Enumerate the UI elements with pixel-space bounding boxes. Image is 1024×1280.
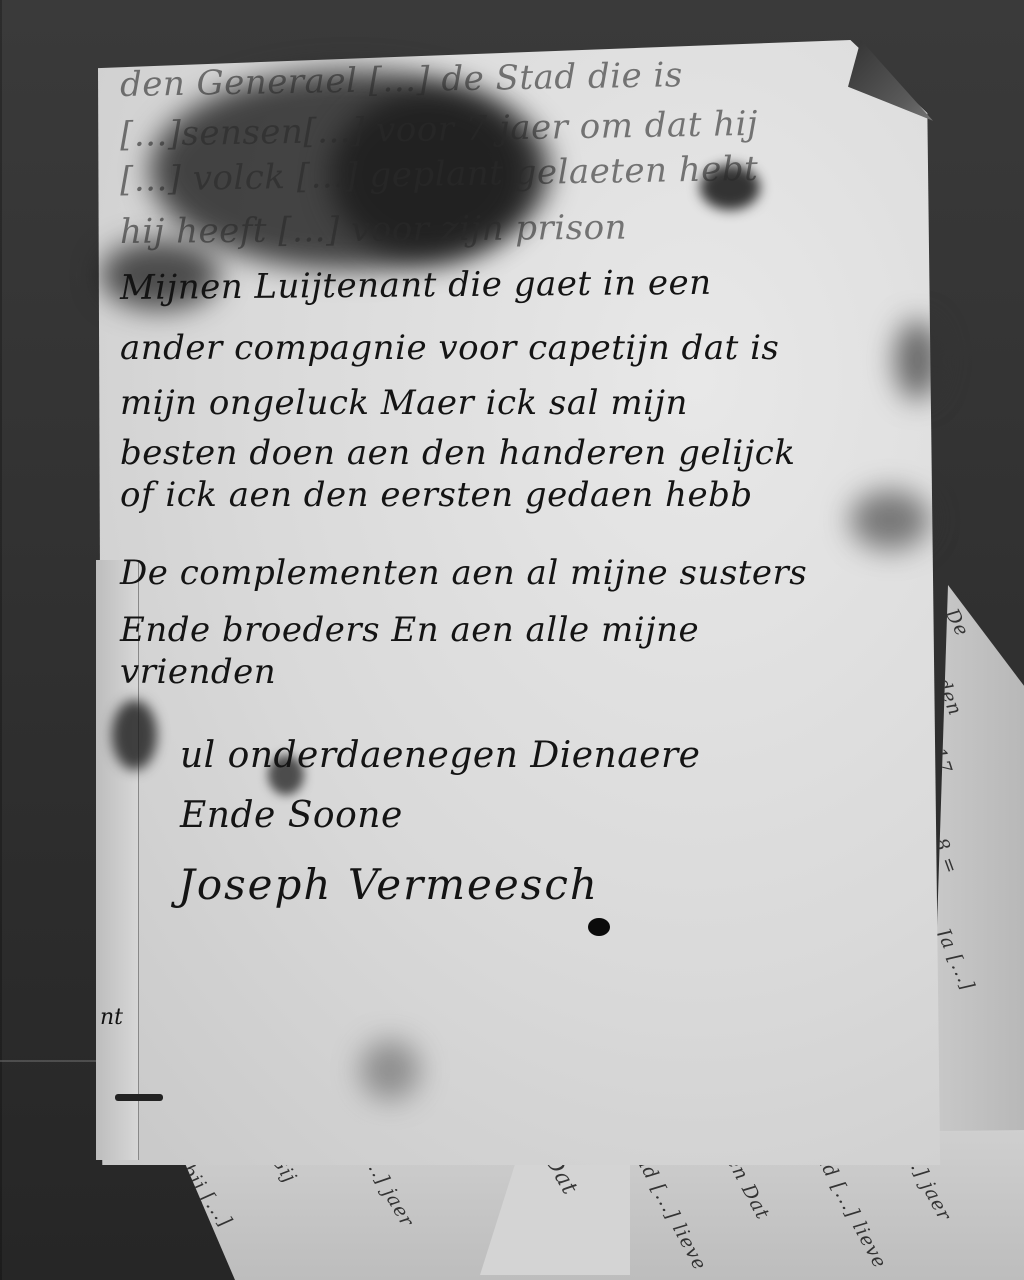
greeting-line: Ende broeders En aen alle mijne <box>120 610 699 650</box>
underlying-text: Ja [...] <box>932 925 979 994</box>
letter-body-line: hij heeft [...] voor zijn prison <box>120 208 627 252</box>
closing-line: ul onderdaenegen Dienaere <box>180 735 701 776</box>
ink-blot <box>112 700 157 770</box>
water-stain <box>360 1040 420 1100</box>
water-stain <box>895 320 940 400</box>
greeting-line: De complementen aen al mijne susters <box>120 553 807 593</box>
letter-body-line: mijn ongeluck Maer ick sal mijn <box>120 383 688 423</box>
greeting-line: vrienden <box>120 652 276 692</box>
closing-line: Ende Soone <box>180 795 403 836</box>
signature: Joseph Vermeesch <box>178 860 599 909</box>
water-stain <box>850 490 930 550</box>
letter-body-line: besten doen aen den handeren gelijck <box>120 433 795 473</box>
letter-body-line: Mijnen Luijtenant die gaet in een <box>120 263 712 308</box>
letter-body-line: of ick aen den eersten gedaen hebb <box>120 475 753 515</box>
letter-left-edge-strip <box>96 560 139 1160</box>
margin-note: nt <box>100 1005 123 1030</box>
letter-body-line: ander compagnie voor capetijn dat is <box>120 328 779 368</box>
ink-dot <box>588 918 610 936</box>
binding-pin <box>115 1094 163 1101</box>
